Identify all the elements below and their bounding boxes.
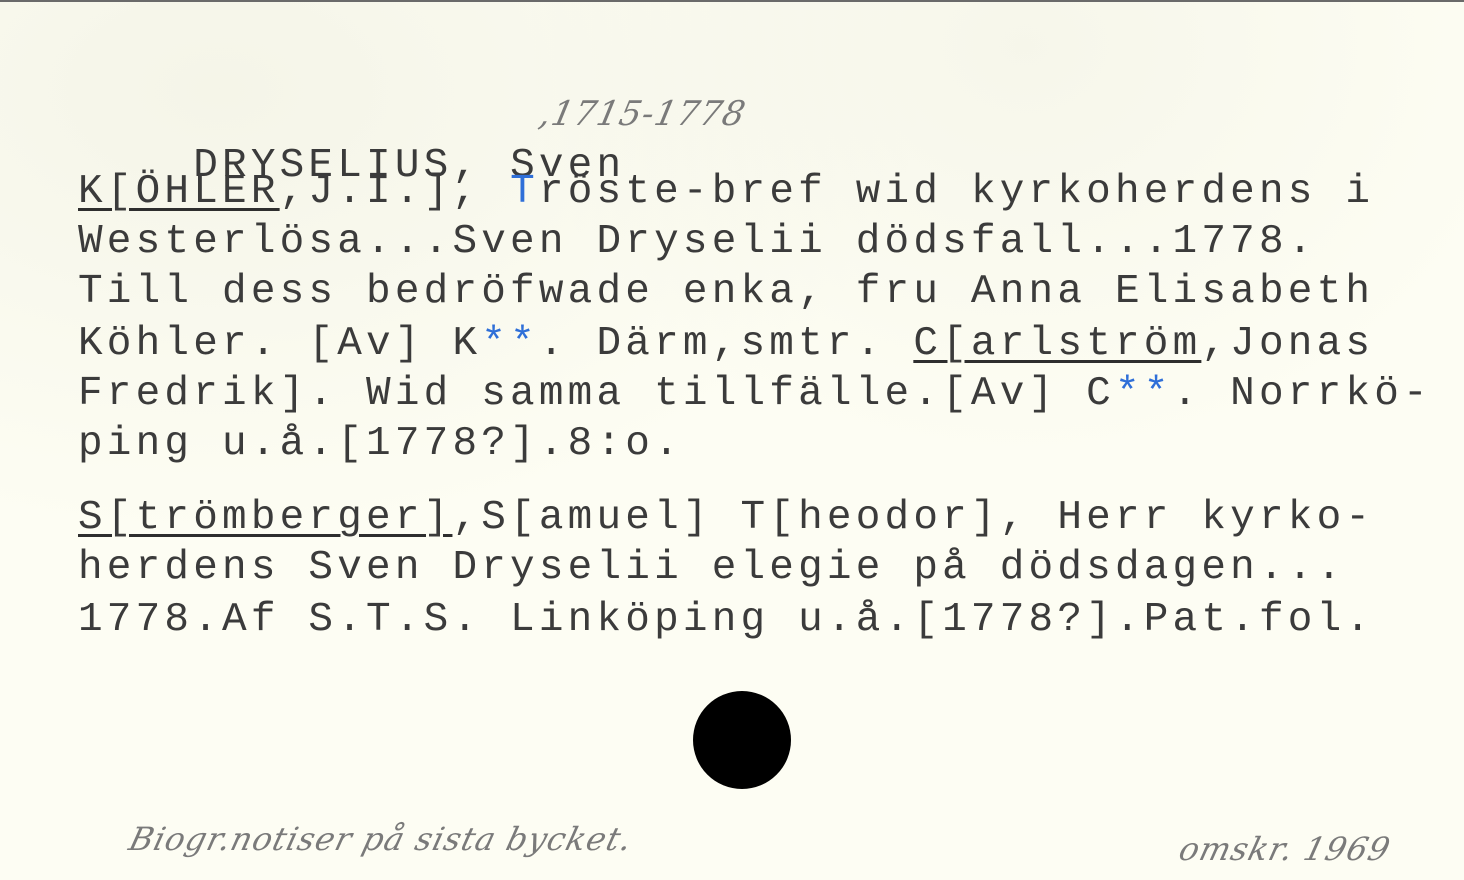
punch-hole xyxy=(693,691,791,789)
entry2-line2: herdens Sven Dryselii elegie på dödsdage… xyxy=(78,544,1345,592)
handwritten-note-left: Biogr.notiser på sista bycket. xyxy=(125,820,636,858)
blue-asterisks: ** xyxy=(1115,371,1173,417)
entry1-co-author: C[arlström xyxy=(913,321,1201,367)
catalog-card: DRYSELIUS, Sven ,1715-1778 K[ÖHLER,J.I.]… xyxy=(0,0,1464,880)
entry1-author: K[ÖHLER xyxy=(78,169,280,215)
entry1-line4: Köhler. [Av] K**. Därm,smtr. C[arlström,… xyxy=(78,320,1374,368)
blue-asterisks: ** xyxy=(481,321,539,367)
entry1-line2: Westerlösa...Sven Dryselii dödsfall...17… xyxy=(78,218,1317,266)
entry2-author: S[trömberger] xyxy=(78,495,452,541)
entry2-line1: S[trömberger],S[amuel] T[heodor], Herr k… xyxy=(78,494,1374,542)
handwritten-note-right: omskr. 1969 xyxy=(1175,830,1394,868)
entry2-line3: 1778.Af S.T.S. Linköping u.å.[1778?].Pat… xyxy=(78,596,1374,644)
blue-pencil-mark: T xyxy=(510,169,539,215)
handwritten-life-dates: ,1715-1778 xyxy=(536,94,750,134)
entry1-line5: Fredrik]. Wid samma tillfälle.[Av] C**. … xyxy=(78,370,1432,418)
entry1-line1: K[ÖHLER,J.I.], Tröste-bref wid kyrkoherd… xyxy=(78,168,1374,216)
entry1-line3: Till dess bedröfwade enka, fru Anna Elis… xyxy=(78,268,1374,316)
entry1-line6: ping u.å.[1778?].8:o. xyxy=(78,420,683,468)
